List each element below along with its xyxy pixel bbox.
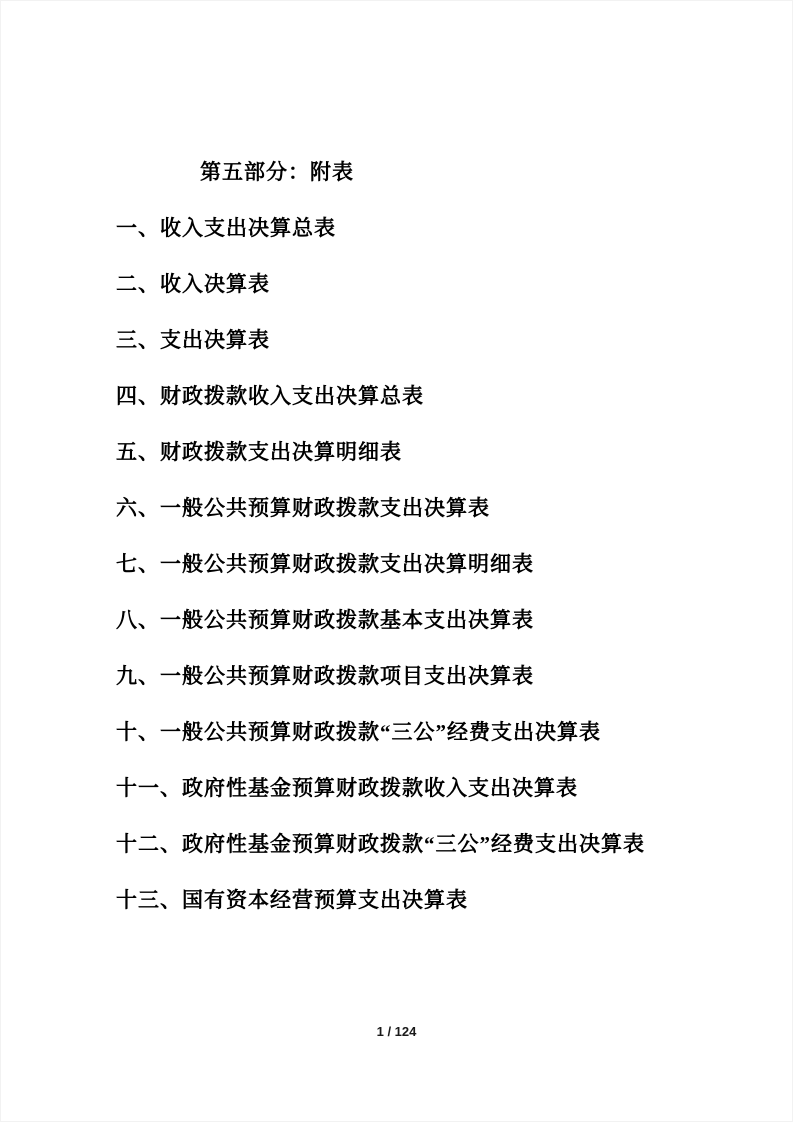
document-page: 第五部分：附表 一、收入支出决算总表 二、收入决算表 三、支出决算表 四、财政拨… [0,0,793,1122]
toc-item-8: 八、一般公共预算财政拨款基本支出决算表 [116,606,792,634]
toc-item-3: 三、支出决算表 [116,326,792,354]
toc-item-5: 五、财政拨款支出决算明细表 [116,438,792,466]
toc-item-1: 一、收入支出决算总表 [116,214,792,242]
toc-item-12: 十二、政府性基金预算财政拨款“三公”经费支出决算表 [116,830,792,858]
toc-item-4: 四、财政拨款收入支出决算总表 [116,382,792,410]
toc-item-13: 十三、国有资本经营预算支出决算表 [116,886,792,914]
toc-item-11: 十一、政府性基金预算财政拨款收入支出决算表 [116,774,792,802]
toc-item-2: 二、收入决算表 [116,270,792,298]
page-number: 1 / 124 [377,1024,417,1039]
section-title: 第五部分：附表 [200,158,792,186]
toc-item-9: 九、一般公共预算财政拨款项目支出决算表 [116,662,792,690]
toc-item-7: 七、一般公共预算财政拨款支出决算明细表 [116,550,792,578]
page-footer: 1 / 124 [1,1023,792,1041]
toc-item-6: 六、一般公共预算财政拨款支出决算表 [116,494,792,522]
toc-item-10: 十、一般公共预算财政拨款“三公”经费支出决算表 [116,718,792,746]
